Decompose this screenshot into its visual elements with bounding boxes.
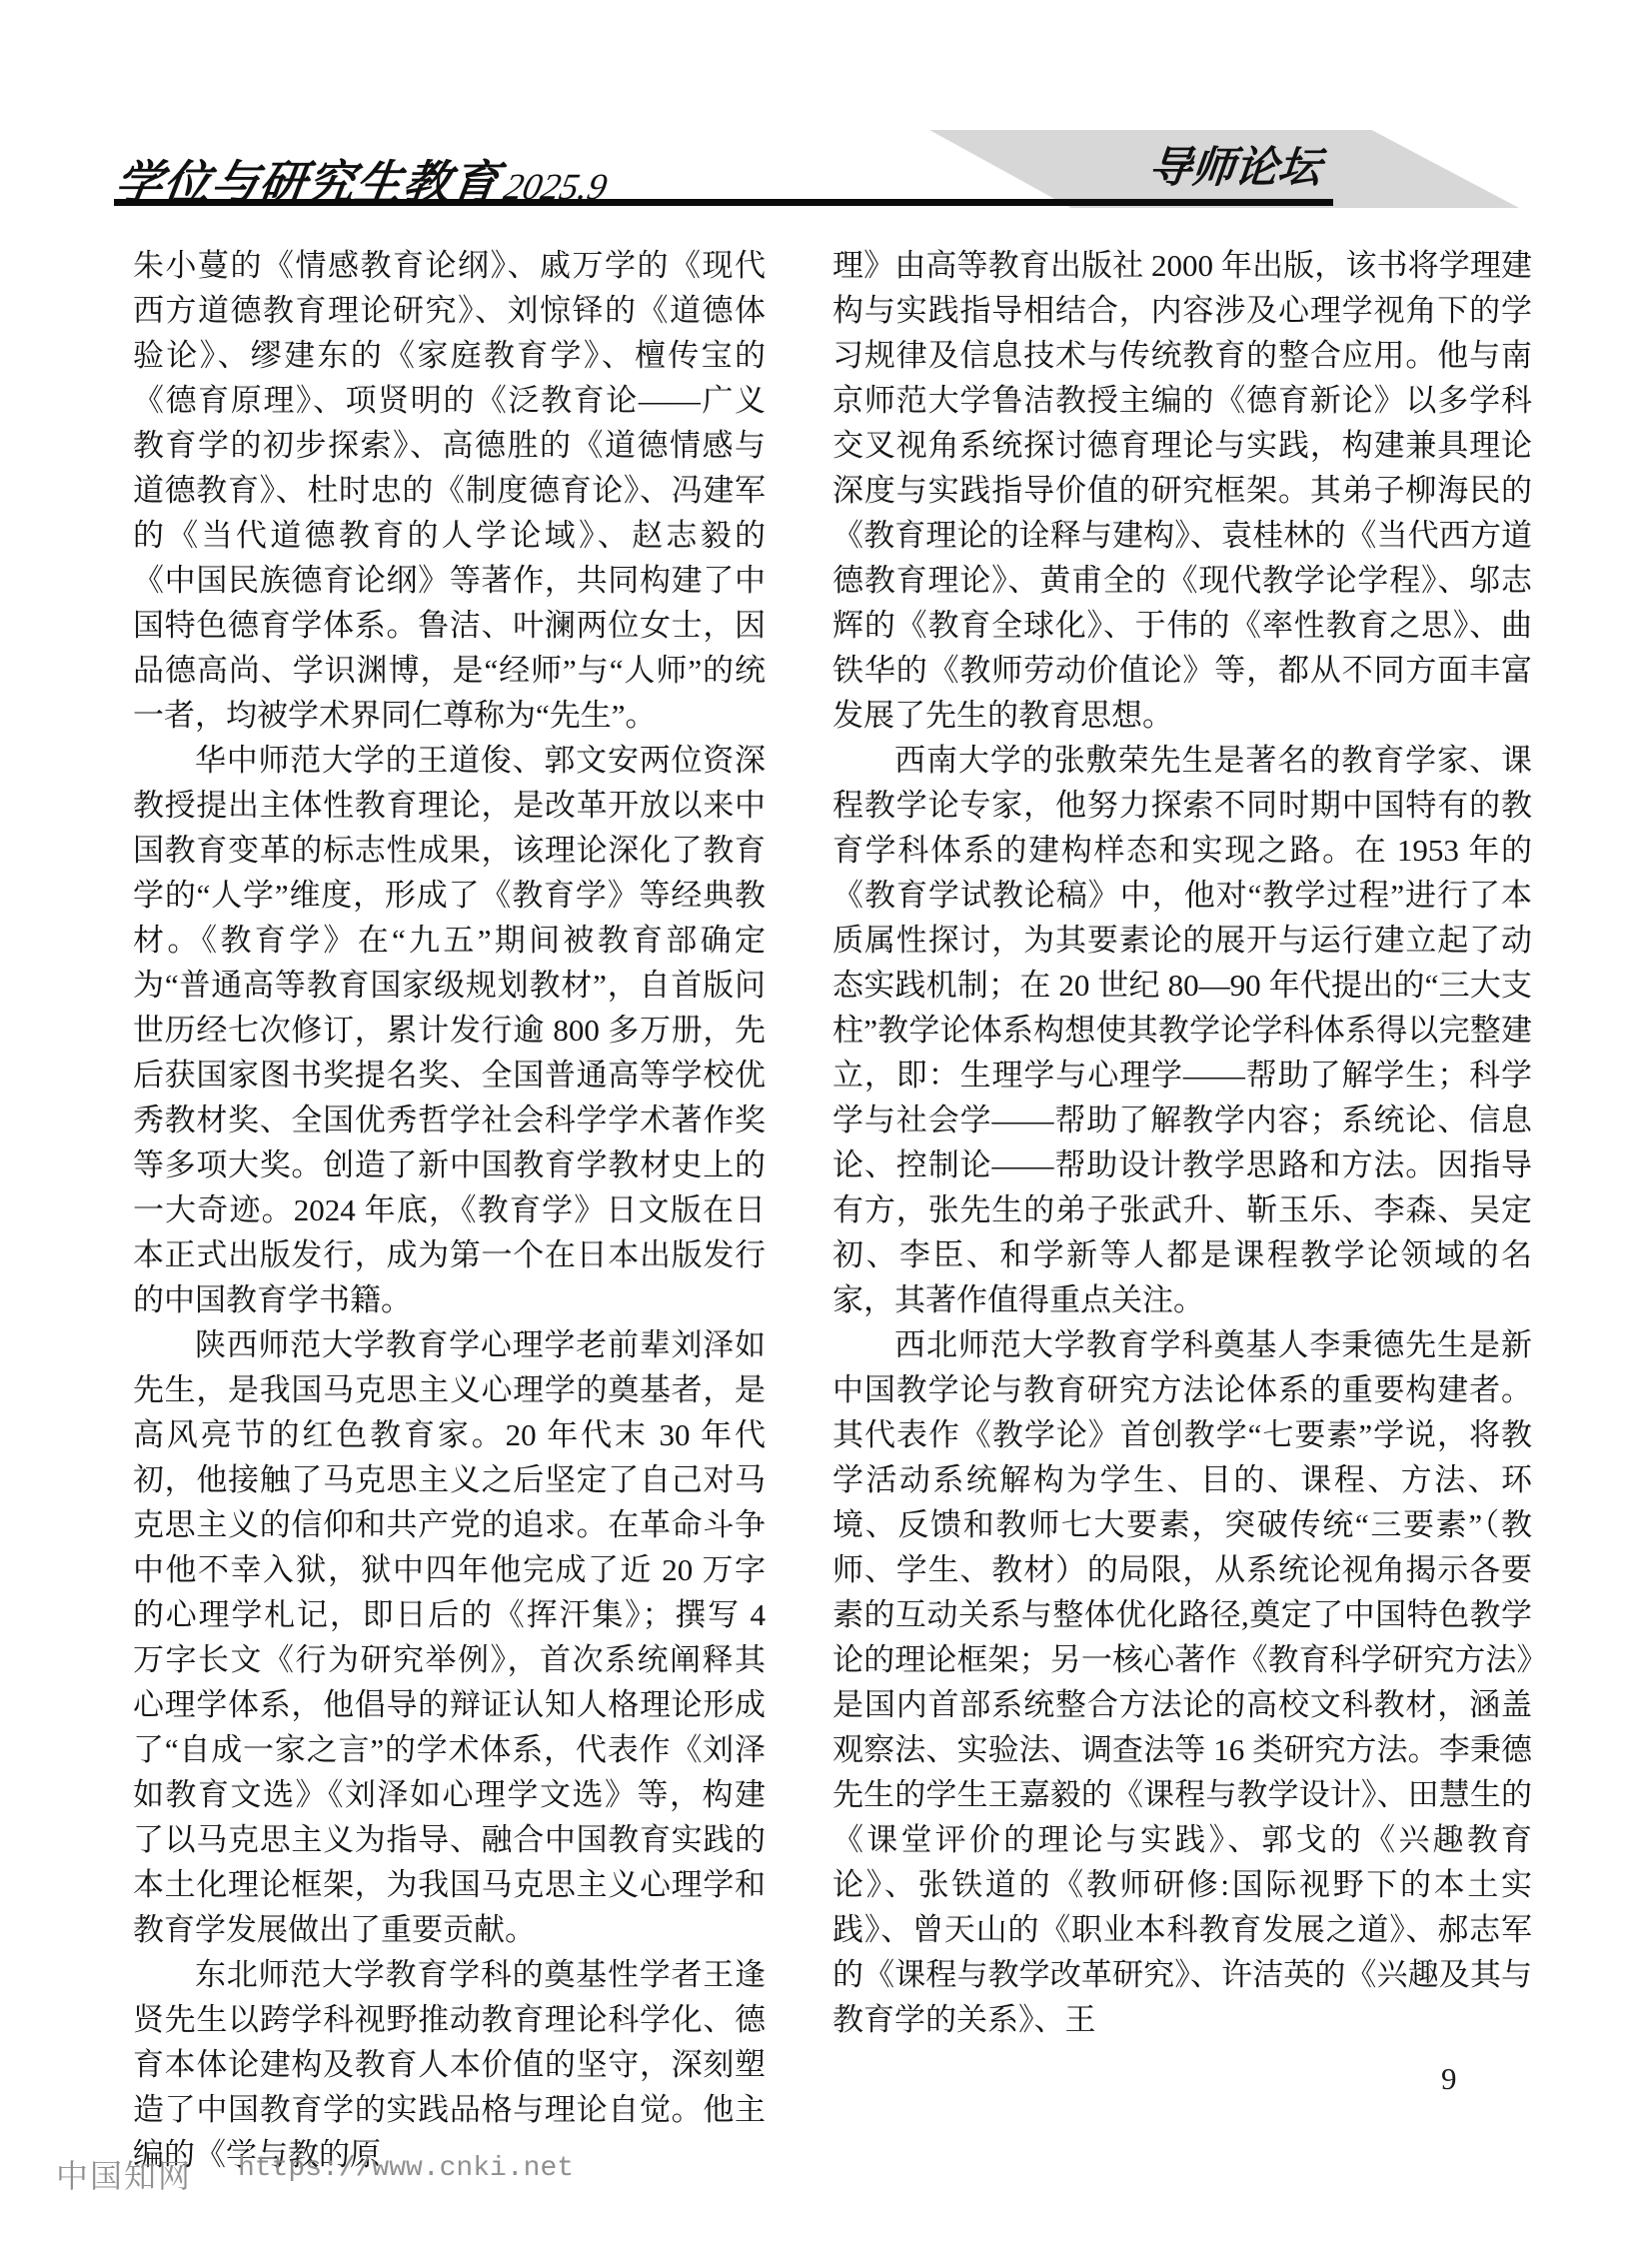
paragraph: 西南大学的张敷荣先生是著名的教育学家、课程教学论专家，他努力探索不同时期中国特有… [832,738,1532,1322]
paragraph: 东北师范大学教育学科的奠基性学者王逢贤先生以跨学科视野推动教育理论科学化、德育本… [133,1952,766,2177]
paragraph-continuation: 朱小蔓的《情感教育论纲》、戚万学的《现代西方道德教育理论研究》、刘惊铎的《道德体… [133,243,766,738]
journal-page: 学位与研究生教育 2025.9 导师论坛 朱小蔓的《情感教育论纲》、戚万学的《现… [0,0,1652,2244]
left-column: 朱小蔓的《情感教育论纲》、戚万学的《现代西方道德教育理论研究》、刘惊铎的《道德体… [133,243,766,2177]
paragraph: 华中师范大学的王道俊、郭文安两位资深教授提出主体性教育理论，是改革开放以来中国教… [133,738,766,1322]
cnki-site-name: 中国知网 [56,2151,192,2197]
section-label: 导师论坛 [1142,134,1328,195]
cnki-site-url: https://www.cnki.net [238,2153,574,2184]
header-rule [114,199,1333,206]
paragraph: 西北师范大学教育学科奠基人李秉德先生是新中国教学论与教育研究方法论体系的重要构建… [832,1322,1532,2042]
paragraph-continuation: 理》由高等教育出版社 2000 年出版，该书将学理建构与实践指导相结合，内容涉及… [832,243,1532,738]
page-number: 9 [1441,2061,1457,2097]
right-column: 理》由高等教育出版社 2000 年出版，该书将学理建构与实践指导相结合，内容涉及… [832,243,1532,2042]
paragraph: 陕西师范大学教育学心理学老前辈刘泽如先生，是我国马克思主义心理学的奠基者，是高风… [133,1322,766,1952]
